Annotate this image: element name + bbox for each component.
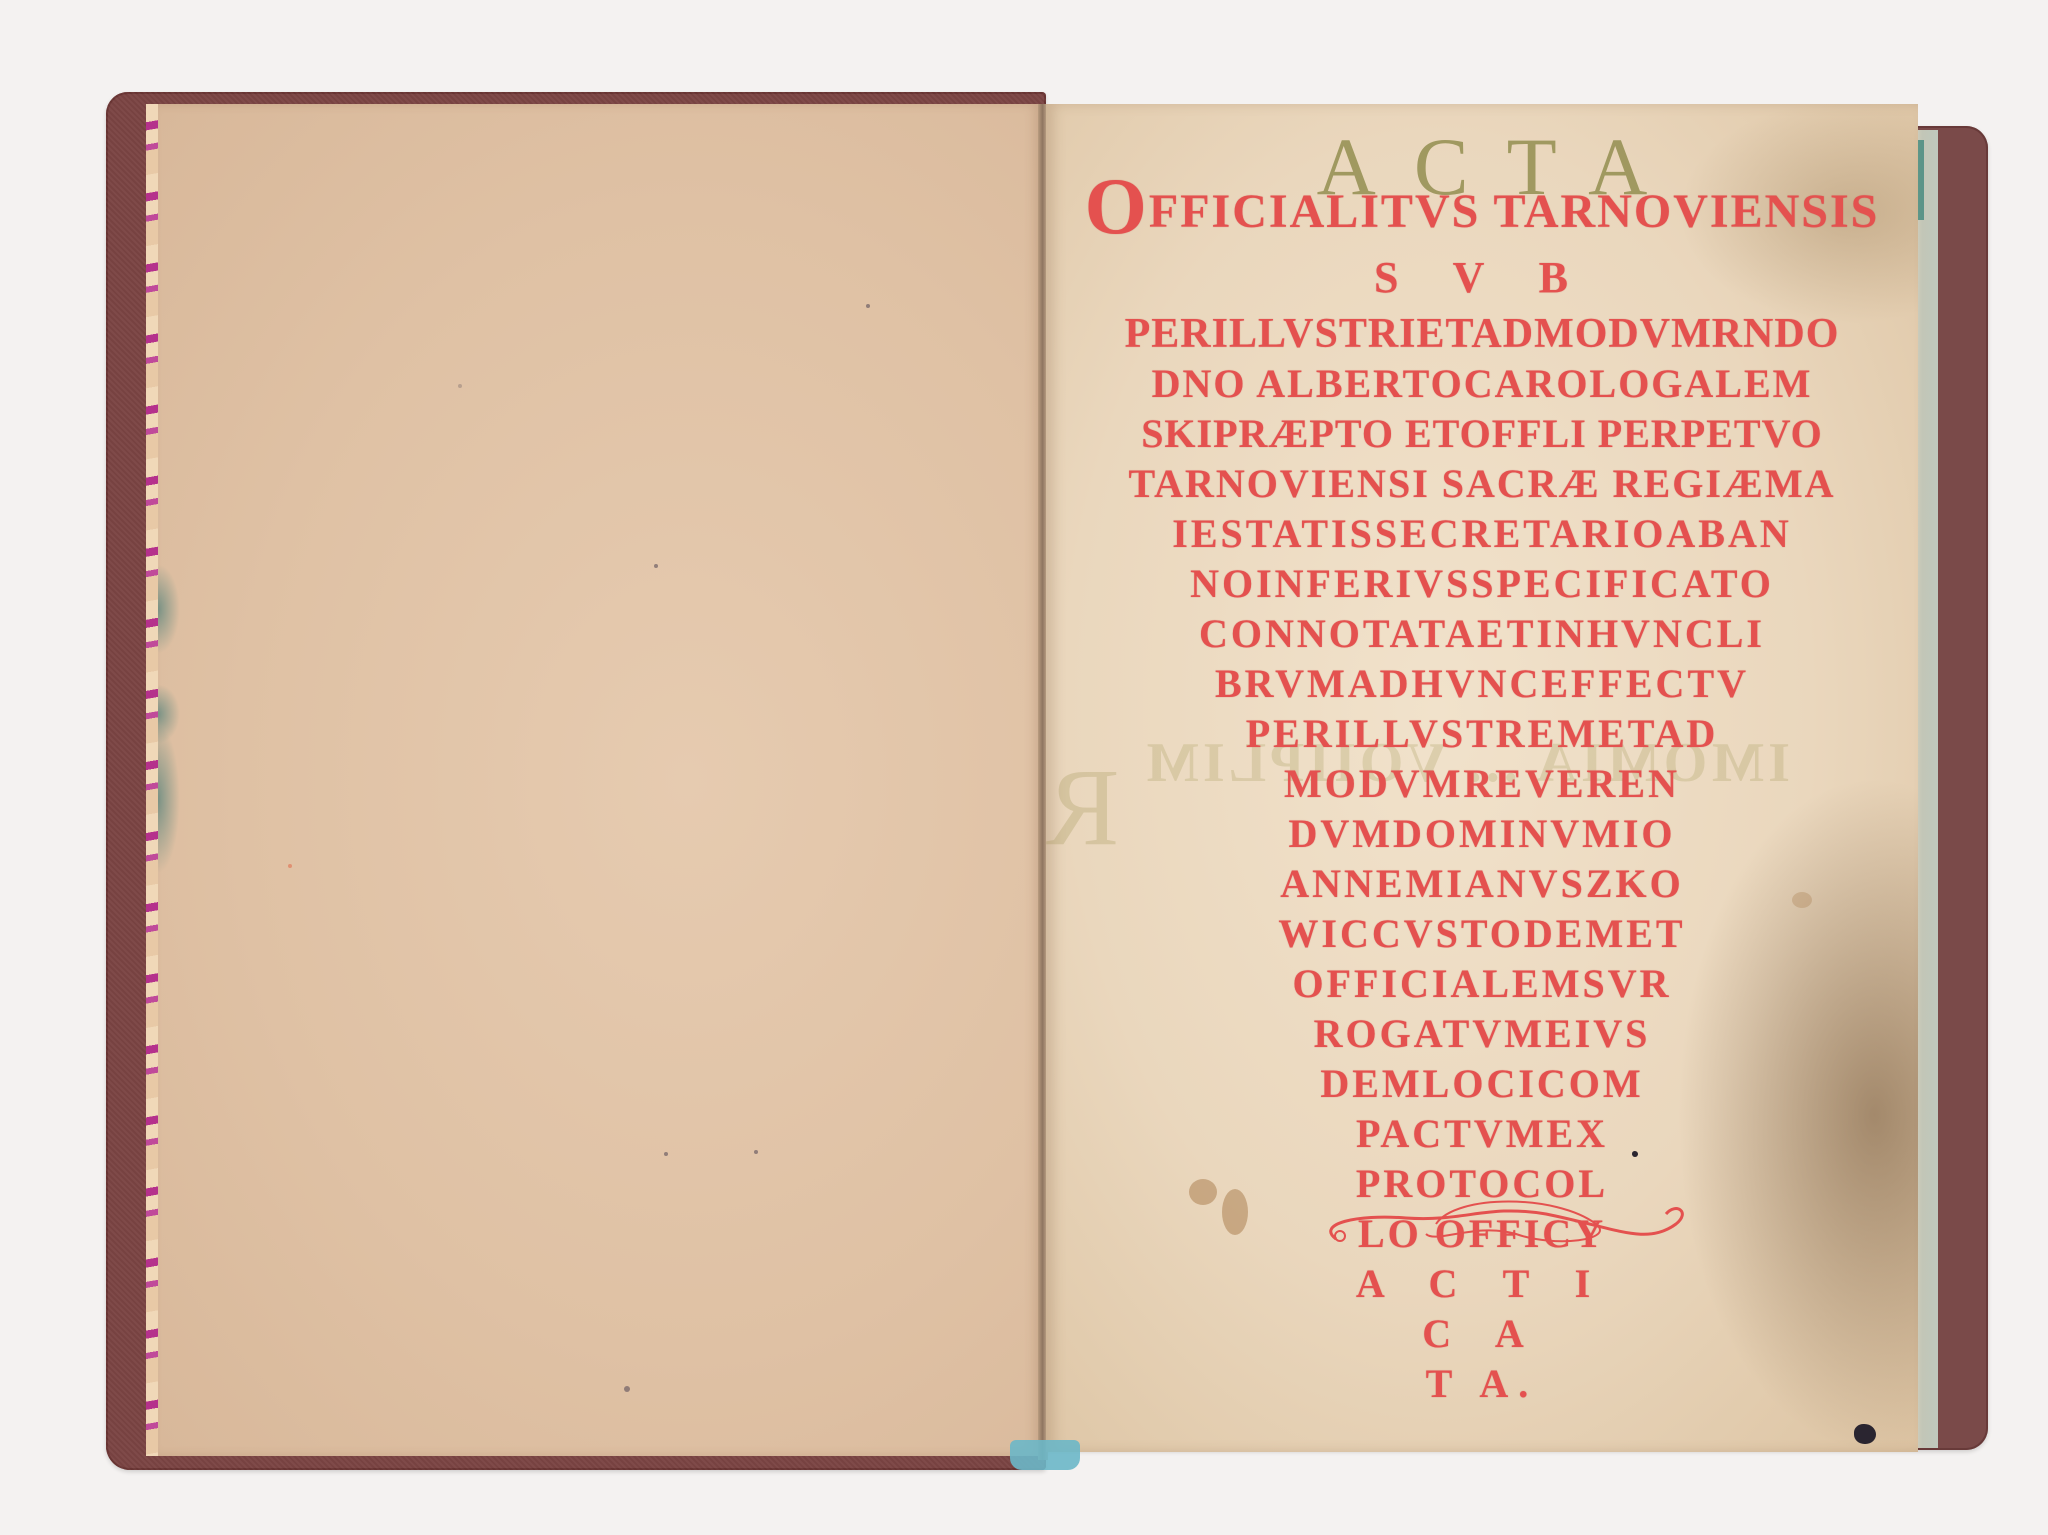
paper-speck [664,1152,668,1156]
title-line-3: PERILLVSTRIETADMODVMRNDO [1046,309,1918,359]
title-line-23: C A [1046,1309,1918,1359]
title-line-2: S V B [1046,247,1918,309]
title-line-1: OFFICIALITVS TARNOVIENSIS [1046,172,1918,247]
manuscript-photo: R IMOMIA ... VOIIPLIM ACTA OFFICIALITVS … [0,0,2048,1535]
paper-speck [654,564,658,568]
title-line-15: WICCVSTODEMET [1046,909,1918,959]
title-line-24: T A. [1046,1359,1918,1409]
title-line-17: ROGATVMEIVS [1046,1009,1918,1059]
right-page-title: R IMOMIA ... VOIIPLIM ACTA OFFICIALITVS … [1046,104,1918,1452]
title-line-7: IESTATISSECRETARIOABAN [1046,509,1918,559]
paper-speck [288,864,292,868]
title-line-12: MODVMREVEREN [1046,759,1918,809]
paper-speck [754,1150,758,1154]
water-stain [1222,1189,1248,1235]
title-line-18: DEMLOCICOM [1046,1059,1918,1109]
title-line-5: SKIPRÆPTO ETOFFLI PERPETVO [1046,409,1918,459]
title-line-9: CONNOTATAETINHVNCLI [1046,609,1918,659]
paper-speck [458,384,462,388]
title-line-4: DNO ALBERTOCAROLOGALEM [1046,359,1918,409]
ink-blot [1854,1424,1876,1444]
title-line-1-rest: FFICIALITVS TARNOVIENSIS [1149,185,1879,238]
title-line-14: ANNEMIANVSZKO [1046,859,1918,909]
title-line-16: OFFICIALEMSVR [1046,959,1918,1009]
water-stain [1792,892,1812,908]
paper-speck [624,1386,630,1392]
title-line-10: BRVMADHVNCEFFECTV [1046,659,1918,709]
calligraphic-flourish [1316,1184,1696,1254]
title-line-19: PACTVMEX [1046,1109,1918,1159]
paper-speck [866,304,870,308]
left-page-endpaper [158,104,1040,1456]
ink-dot [1632,1151,1638,1157]
spine-headband [1010,1440,1080,1470]
title-line-6: TARNOVIENSI SACRÆ REGIÆMA [1046,459,1918,509]
title-line-13: DVMDOMINVMIO [1046,809,1918,859]
title-line-22: A C T I [1046,1259,1918,1309]
title-line-11: PERILLVSTREMETAD [1046,709,1918,759]
water-stain [1189,1179,1217,1205]
ink-stain [158,564,180,654]
ink-stain [158,724,180,874]
title-line-8: NOINFERIVSSPECIFICATO [1046,559,1918,609]
